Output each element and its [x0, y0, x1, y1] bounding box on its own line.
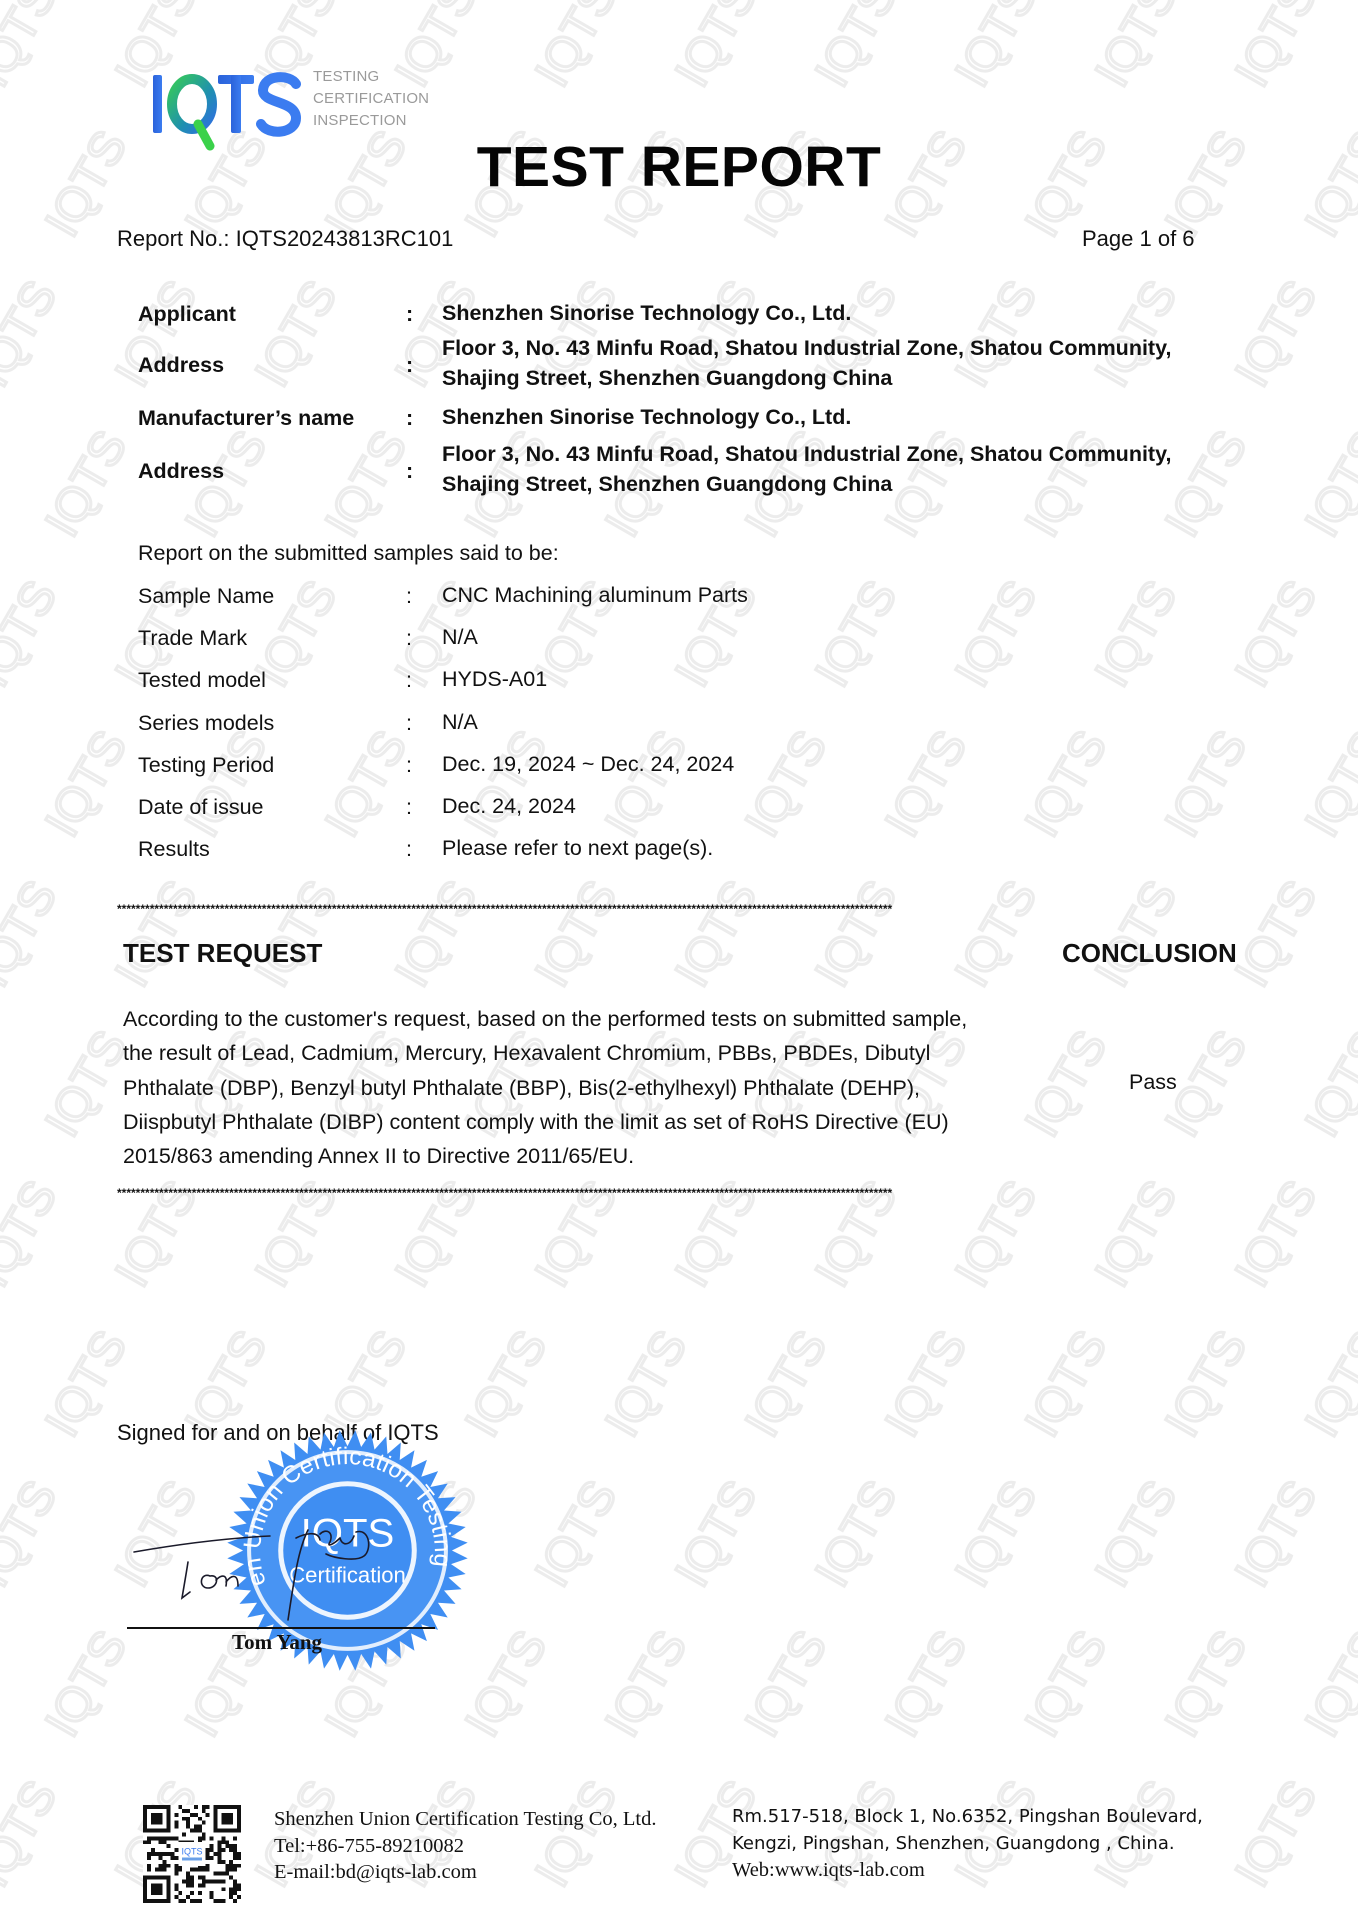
colon: :	[406, 711, 412, 736]
svg-text:IQTS: IQTS	[36, 1622, 138, 1746]
sample-value: Dec. 24, 2024	[442, 791, 576, 821]
colon: :	[406, 584, 412, 609]
footer-tel: Tel:+86-755-89210082	[274, 1833, 657, 1860]
logo-tagline: TESTING CERTIFICATION INSPECTION	[313, 66, 429, 132]
svg-text:IQTS: IQTS	[456, 1322, 558, 1446]
address-line-1: Floor 3, No. 43 Minfu Road, Shatou Indus…	[442, 439, 1171, 469]
footer-email[interactable]: E-mail:bd@iqts-lab.com	[274, 1859, 657, 1886]
footer-address-line-2: Kengzi, Pingshan, Shenzhen, Guangdong , …	[732, 1831, 1203, 1858]
colon: :	[406, 302, 413, 327]
svg-text:IQTS: IQTS	[1296, 1022, 1358, 1146]
footer-website[interactable]: Web:www.iqts-lab.com	[732, 1857, 1203, 1884]
svg-text:IQTS: IQTS	[0, 1772, 68, 1896]
sample-value: N/A	[442, 707, 478, 737]
conclusion-heading: CONCLUSION	[1062, 938, 1237, 969]
sample-label: Date of issue	[138, 795, 263, 820]
svg-text:IQTS: IQTS	[1156, 1622, 1258, 1746]
conclusion-result: Pass	[1129, 1070, 1177, 1095]
svg-text:IQTS: IQTS	[1086, 872, 1188, 996]
manufacturer-label: Manufacturer’s name	[138, 406, 354, 431]
footer-address-line-1: Rm.517-518, Block 1, No.6352, Pingshan B…	[732, 1804, 1203, 1831]
test-request-text: According to the customer's request, bas…	[123, 1002, 1053, 1173]
svg-text:IQTS: IQTS	[1226, 1472, 1328, 1596]
svg-text:IQTS: IQTS	[666, 0, 768, 96]
sample-value: CNC Machining aluminum Parts	[442, 580, 748, 610]
sample-label: Tested model	[138, 668, 266, 693]
svg-text:IQTS: IQTS	[806, 872, 908, 996]
colon: :	[406, 753, 412, 778]
svg-text:IQTS: IQTS	[36, 722, 138, 846]
footer-company-contact: Shenzhen Union Certification Testing Co,…	[274, 1806, 657, 1886]
page-title: TEST REPORT	[0, 134, 1358, 200]
svg-text:IQTS: IQTS	[1226, 0, 1328, 96]
sample-label: Results	[138, 837, 210, 862]
tagline-certification: CERTIFICATION	[313, 88, 429, 110]
request-line: Diispbutyl Phthalate (DIBP) content comp…	[123, 1105, 1053, 1139]
separator-top: ****************************************…	[117, 902, 1234, 916]
svg-text:IQTS: IQTS	[36, 422, 138, 546]
address-line-1: Floor 3, No. 43 Minfu Road, Shatou Indus…	[442, 333, 1171, 363]
qr-code[interactable]: IQTS	[143, 1802, 241, 1906]
qr-center-logo: IQTS	[181, 1846, 202, 1856]
svg-text:IQTS: IQTS	[736, 722, 838, 846]
svg-text:IQTS: IQTS	[0, 1172, 68, 1296]
svg-text:IQTS: IQTS	[876, 1322, 978, 1446]
colon: :	[406, 837, 412, 862]
svg-text:IQTS: IQTS	[596, 722, 698, 846]
svg-text:IQTS: IQTS	[106, 872, 208, 996]
svg-text:IQTS: IQTS	[1226, 572, 1328, 696]
svg-text:IQTS: IQTS	[316, 422, 418, 546]
svg-text:IQTS: IQTS	[1296, 422, 1358, 546]
svg-text:IQTS: IQTS	[526, 1472, 628, 1596]
sample-label: Trade Mark	[138, 626, 247, 651]
tagline-inspection: INSPECTION	[313, 110, 429, 132]
svg-text:IQTS: IQTS	[386, 872, 488, 996]
colon: :	[406, 459, 413, 484]
request-line: the result of Lead, Cadmium, Mercury, He…	[123, 1036, 1053, 1070]
sample-value: N/A	[442, 622, 478, 652]
manufacturer-line: Shenzhen Sinorise Technology Co., Ltd.	[442, 402, 851, 432]
svg-text:IQTS: IQTS	[1086, 0, 1188, 96]
tagline-testing: TESTING	[313, 66, 429, 88]
svg-text:IQTS: IQTS	[1226, 1172, 1328, 1296]
address-label: Address	[138, 353, 224, 378]
svg-text:IQTS: IQTS	[596, 1322, 698, 1446]
svg-text:IQTS: IQTS	[1086, 1472, 1188, 1596]
svg-text:IQTS: IQTS	[0, 272, 68, 396]
svg-text:IQTS: IQTS	[1296, 1322, 1358, 1446]
signature-line	[127, 1627, 435, 1629]
svg-text:IQTS: IQTS	[1156, 722, 1258, 846]
footer-address: Rm.517-518, Block 1, No.6352, Pingshan B…	[732, 1804, 1203, 1884]
applicant-line: Shenzhen Sinorise Technology Co., Ltd.	[442, 298, 851, 328]
svg-text:IQTS: IQTS	[176, 722, 278, 846]
address-line-2: Shajing Street, Shenzhen Guangdong China	[442, 469, 1171, 499]
svg-text:IQTS: IQTS	[946, 872, 1048, 996]
request-line: 2015/863 amending Annex II to Directive …	[123, 1139, 1053, 1173]
applicant-address-value: Floor 3, No. 43 Minfu Road, Shatou Indus…	[442, 333, 1171, 393]
address-line-2: Shajing Street, Shenzhen Guangdong China	[442, 363, 1171, 393]
svg-text:IQTS: IQTS	[526, 0, 628, 96]
svg-text:IQTS: IQTS	[0, 872, 68, 996]
svg-text:IQTS: IQTS	[1296, 1622, 1358, 1746]
separator-bottom: ****************************************…	[117, 1186, 1234, 1200]
svg-text:IQTS: IQTS	[946, 1472, 1048, 1596]
svg-text:IQTS: IQTS	[596, 1622, 698, 1746]
svg-text:IQTS: IQTS	[736, 1622, 838, 1746]
svg-text:IQTS: IQTS	[1016, 1322, 1118, 1446]
sample-label: Testing Period	[138, 753, 274, 778]
svg-text:IQTS: IQTS	[1016, 722, 1118, 846]
svg-text:IQTS: IQTS	[1086, 572, 1188, 696]
colon: :	[406, 626, 412, 651]
svg-text:IQTS: IQTS	[806, 0, 908, 96]
svg-text:IQTS: IQTS	[0, 0, 68, 96]
svg-text:IQTS: IQTS	[1296, 722, 1358, 846]
manufacturer-value: Shenzhen Sinorise Technology Co., Ltd.	[442, 402, 851, 432]
signatory-name: Tom Yang	[232, 1630, 322, 1655]
svg-text:IQTS: IQTS	[0, 1472, 68, 1596]
footer-company: Shenzhen Union Certification Testing Co,…	[274, 1806, 657, 1833]
svg-text:IQTS: IQTS	[0, 572, 68, 696]
colon: :	[406, 406, 413, 431]
svg-text:IQTS: IQTS	[666, 1472, 768, 1596]
svg-text:IQTS: IQTS	[456, 1622, 558, 1746]
colon: :	[406, 353, 413, 378]
handwritten-signature	[120, 1500, 420, 1640]
svg-text:IQTS: IQTS	[1016, 1622, 1118, 1746]
sample-label: Sample Name	[138, 584, 274, 609]
svg-text:IQTS: IQTS	[946, 572, 1048, 696]
page-indicator: Page 1 of 6	[1082, 226, 1195, 252]
applicant-value: Shenzhen Sinorise Technology Co., Ltd.	[442, 298, 851, 328]
sample-value: Please refer to next page(s).	[442, 833, 713, 863]
svg-text:IQTS: IQTS	[666, 872, 768, 996]
svg-text:IQTS: IQTS	[1226, 272, 1328, 396]
applicant-label: Applicant	[138, 302, 236, 327]
svg-text:IQTS: IQTS	[1226, 1772, 1328, 1896]
colon: :	[406, 668, 412, 693]
svg-text:IQTS: IQTS	[246, 272, 348, 396]
manufacturer-address-value: Floor 3, No. 43 Minfu Road, Shatou Indus…	[442, 439, 1171, 499]
svg-text:IQTS: IQTS	[316, 722, 418, 846]
sample-label: Series models	[138, 711, 274, 736]
svg-text:IQTS: IQTS	[876, 722, 978, 846]
svg-text:IQTS: IQTS	[736, 1322, 838, 1446]
svg-text:IQTS: IQTS	[806, 1472, 908, 1596]
address-label: Address	[138, 459, 224, 484]
sample-value: Dec. 19, 2024 ~ Dec. 24, 2024	[442, 749, 734, 779]
svg-text:IQTS: IQTS	[876, 1622, 978, 1746]
colon: :	[406, 795, 412, 820]
svg-text:IQTS: IQTS	[1156, 1322, 1258, 1446]
svg-text:IQTS: IQTS	[806, 572, 908, 696]
svg-text:IQTS: IQTS	[456, 722, 558, 846]
report-number: Report No.: IQTS20243813RC101	[117, 226, 453, 252]
sample-intro: Report on the submitted samples said to …	[138, 541, 559, 566]
svg-text:IQTS: IQTS	[526, 872, 628, 996]
svg-text:IQTS: IQTS	[246, 872, 348, 996]
svg-text:IQTS: IQTS	[1226, 872, 1328, 996]
request-line: According to the customer's request, bas…	[123, 1002, 1053, 1036]
request-line: Phthalate (DBP), Benzyl butyl Phthalate …	[123, 1071, 1053, 1105]
sample-value: HYDS-A01	[442, 664, 547, 694]
svg-text:IQTS: IQTS	[946, 0, 1048, 96]
test-request-heading: TEST REQUEST	[123, 938, 322, 969]
